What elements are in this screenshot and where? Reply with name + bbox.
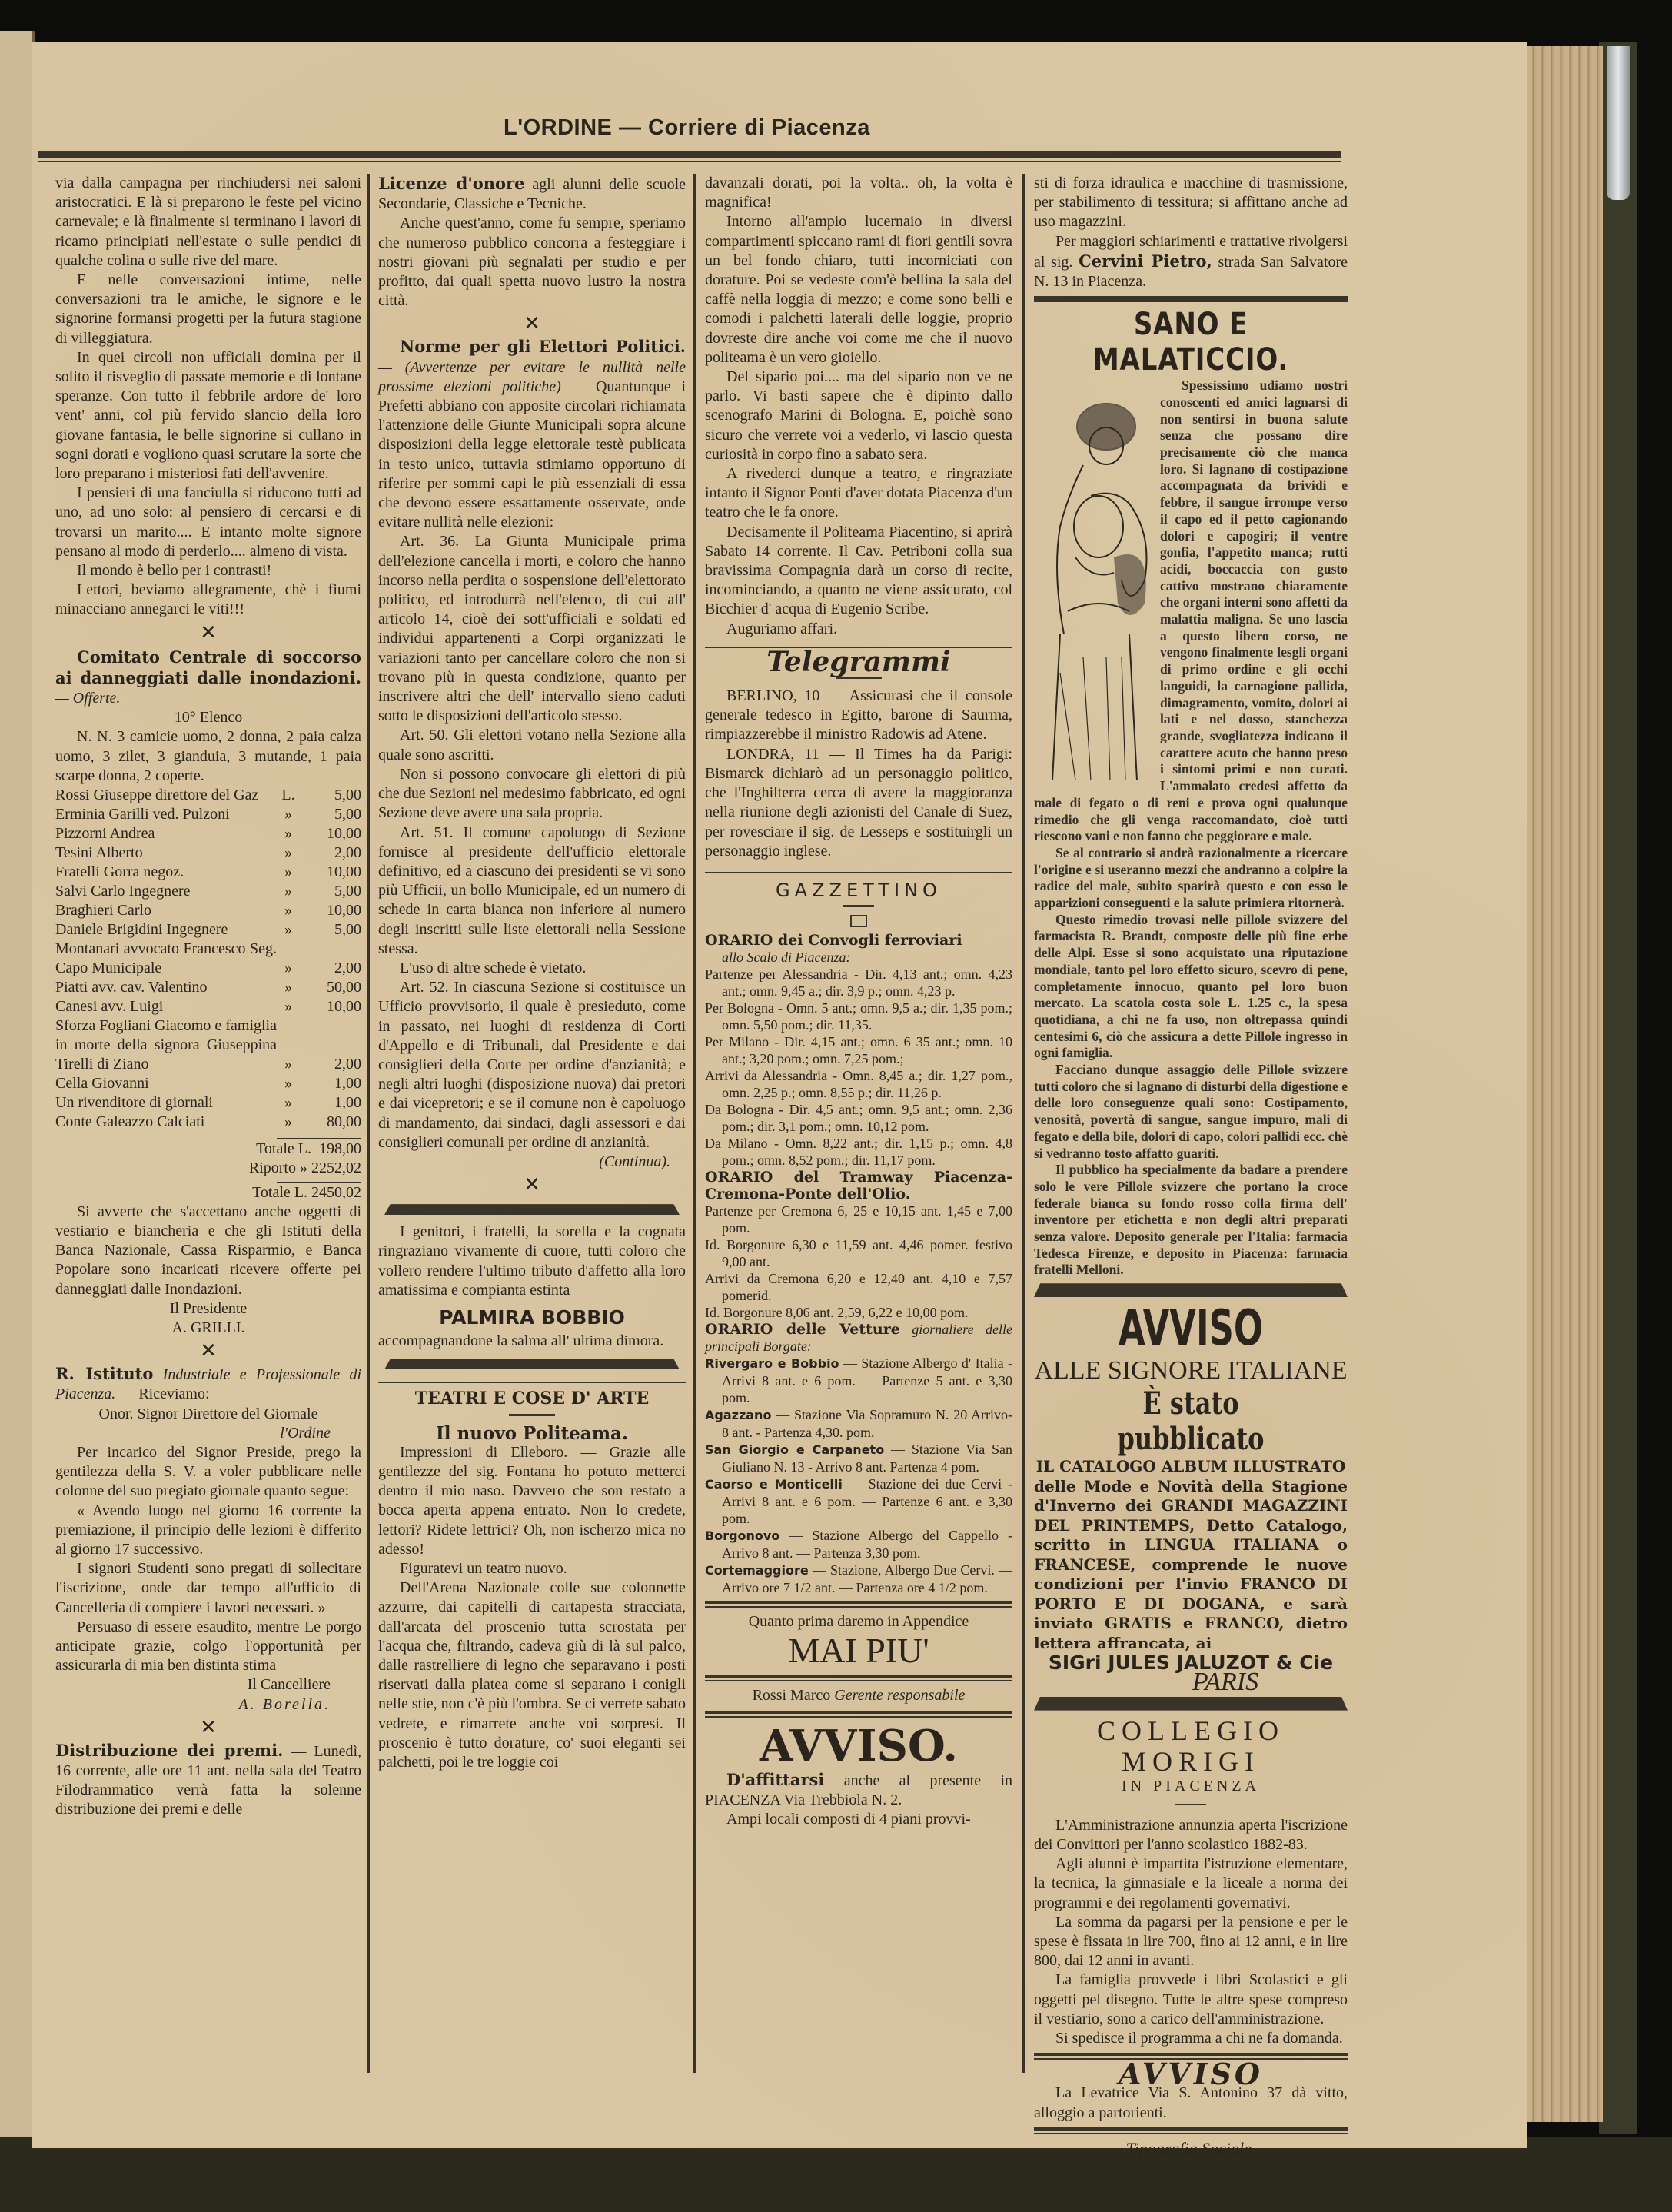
article: Art. 52. In ciascuna Sezione si costitui… bbox=[378, 978, 686, 1153]
currency-mark: » bbox=[277, 1093, 300, 1113]
offer-row: Erminia Garilli ved. Pulzoni»5,00 bbox=[55, 805, 361, 824]
offer-amount: 5,00 bbox=[300, 805, 361, 824]
intro-paragraph: Lettori, beviamo allegramente, chè i fiu… bbox=[55, 580, 361, 619]
currency-mark: L. bbox=[277, 786, 300, 805]
comitato-subtitle: — Offerte. bbox=[55, 690, 120, 707]
currency-mark: » bbox=[277, 1074, 300, 1093]
offer-amount: 1,00 bbox=[300, 1074, 361, 1093]
donor-name: Braghieri Carlo bbox=[55, 901, 277, 920]
ornamental-bar bbox=[384, 1204, 680, 1215]
nn-offer: N. N. 3 camicie uomo, 2 donna, 2 paia ca… bbox=[55, 727, 361, 786]
comitato-heading: Comitato Centrale di soccorso ai dannegg… bbox=[55, 647, 361, 709]
column-3: davanzali dorati, poi la volta.. oh, la … bbox=[705, 174, 1012, 1829]
separator-cross-icon: ✕ bbox=[55, 1339, 361, 1362]
letter-salutation: Onor. Signor Direttore del Giornale bbox=[55, 1405, 361, 1424]
politeama-continued: Auguriamo affari. bbox=[705, 620, 1012, 639]
elenco-label: 10° Elenco bbox=[55, 708, 361, 727]
article: Art. 36. La Giunta Municipale prima dell… bbox=[378, 532, 686, 726]
offer-row: Canesi avv. Luigi»10,00 bbox=[55, 997, 361, 1016]
coach-entry: Rivergaro e Bobbio — Stazione Albergo d'… bbox=[705, 1355, 1012, 1406]
offer-amount: 5,00 bbox=[300, 882, 361, 901]
column-rule-3 bbox=[1022, 174, 1025, 2073]
currency-mark: » bbox=[277, 824, 300, 843]
politeama-paragraph: Dell'Arena Nazionale colle sue colonnett… bbox=[378, 1578, 686, 1772]
licenze-paragraph: Anche quest'anno, come fu sempre, speria… bbox=[378, 214, 686, 311]
comitato-notice: Si avverte che s'accettano anche oggetti… bbox=[55, 1202, 361, 1299]
collegio-paragraph: La famiglia provvede i libri Scolastici … bbox=[1034, 1971, 1348, 2029]
donor-name: Tesini Alberto bbox=[55, 843, 277, 863]
currency-mark: » bbox=[277, 997, 300, 1016]
gerente-line: Rossi Marco Gerente responsabile bbox=[705, 1686, 1012, 1705]
continua-label: (Continua). bbox=[378, 1153, 686, 1172]
coach-entry: Agazzano — Stazione Via Sopramuro N. 20 … bbox=[705, 1406, 1012, 1441]
offer-row: Cella Giovanni»1,00 bbox=[55, 1074, 361, 1093]
offer-amount: 10,00 bbox=[300, 901, 361, 920]
coach-entry: Caorso e Monticelli — Stazione dei due C… bbox=[705, 1475, 1012, 1527]
timetable-entry: Da Milano - Omn. 8,22 ant.; dir. 1,15 p.… bbox=[705, 1135, 1012, 1169]
separator-cross-icon: ✕ bbox=[55, 1716, 361, 1739]
offer-amount: 5,00 bbox=[300, 920, 361, 940]
offer-amount: 10,00 bbox=[300, 997, 361, 1016]
contact-paragraph: Per maggiori schiarimenti e trattative r… bbox=[1034, 232, 1348, 292]
donor-name: Conte Galeazzo Calciati bbox=[55, 1113, 277, 1132]
politeama-continued: A rivederci dunque a teatro, e ringrazia… bbox=[705, 464, 1012, 523]
donor-name: Sforza Fogliani Giacomo e famiglia in mo… bbox=[55, 1016, 277, 1074]
separator-cross-icon: ✕ bbox=[378, 312, 686, 335]
necrology-text: I genitori, i fratelli, la sorella e la … bbox=[378, 1222, 686, 1300]
offer-amount: 2,00 bbox=[300, 1016, 361, 1074]
telegram: LONDRA, 11 — Il Times ha da Parigi: Bism… bbox=[705, 745, 1012, 861]
separator-cross-icon: ✕ bbox=[378, 1173, 686, 1196]
teatri-section-header: TEATRI E COSE D' ARTE bbox=[378, 1389, 686, 1409]
norme-heading: Norme per gli Elettori Politici. — (Avve… bbox=[378, 337, 686, 532]
deceased-name: PALMIRA BOBBIO bbox=[378, 1308, 686, 1327]
column-4: sti di forza idraulica e macchine di tra… bbox=[1034, 174, 1348, 2158]
collegio-paragraph: La somma da pagarsi per la pensione e pe… bbox=[1034, 1913, 1348, 1971]
orario-vetture-title: ORARIO delle Vetture giornaliere delle p… bbox=[705, 1321, 1012, 1355]
letter-paragraph: I signori Studenti sono pregati di solle… bbox=[55, 1559, 361, 1618]
grand-total-row: Totale L. 2450,02 bbox=[55, 1183, 361, 1202]
offer-amount: 2,00 bbox=[300, 843, 361, 863]
timetable-entry: Id. Borgonure 8,06 ant. 2,59, 6,22 e 10,… bbox=[705, 1304, 1012, 1321]
printemps-subtitle: ALLE SIGNORE ITALIANE bbox=[1034, 1355, 1348, 1386]
totale-row: Totale L. 198,00 bbox=[55, 1139, 361, 1159]
riporto-amount: 2252,02 bbox=[311, 1159, 361, 1176]
offer-row: Sforza Fogliani Giacomo e famiglia in mo… bbox=[55, 1016, 361, 1074]
timetable-entry: Per Milano - Dir. 4,15 ant.; omn. 6 35 a… bbox=[705, 1033, 1012, 1067]
offers-table: Rossi Giuseppe direttore del GazL.5,00Er… bbox=[55, 786, 361, 1132]
intro-paragraph: E nelle conversazioni intime, nelle conv… bbox=[55, 271, 361, 348]
currency-mark: » bbox=[277, 978, 300, 997]
letter-paragraph: Per incarico del Signor Preside, prego l… bbox=[55, 1443, 361, 1502]
binding-cloth-right bbox=[1599, 42, 1637, 2134]
politeama-paragraph: Figuratevi un teatro nuovo. bbox=[378, 1559, 686, 1578]
donor-name: Pizzorni Andrea bbox=[55, 824, 277, 843]
currency-mark: » bbox=[277, 920, 300, 940]
levatrice-text: La Levatrice Via S. Antonino 37 dà vitto… bbox=[1034, 2084, 1348, 2122]
affitto-paragraph: D'affittarsi anche al presente in PIACEN… bbox=[705, 1770, 1012, 1810]
page-fore-edge bbox=[1527, 46, 1603, 2122]
offer-row: Conte Galeazzo Calciati»80,00 bbox=[55, 1113, 361, 1132]
column-2: Licenze d'onore agli alunni delle scuole… bbox=[378, 174, 686, 1772]
affitto-paragraph: Ampi locali composti di 4 piani provvi- bbox=[705, 1810, 1012, 1829]
pills-advertisement: Spessissimo udiamo nostri conoscenti ed … bbox=[1034, 378, 1348, 1279]
sano-malaticcio-title: SANO E MALATICCIO. bbox=[1058, 307, 1325, 378]
donor-name: Daniele Brigidini Ingegnere bbox=[55, 920, 277, 940]
currency-mark: » bbox=[277, 901, 300, 920]
distribuzione-paragraph: Distribuzione dei premi. — Lunedì, 16 co… bbox=[55, 1741, 361, 1820]
istituto-heading: R. Istituto Industriale e Professionale … bbox=[55, 1364, 361, 1404]
ornamental-bar bbox=[384, 1359, 680, 1369]
offer-amount: 2,00 bbox=[300, 940, 361, 978]
article: Non si possono convocare gli elettori di… bbox=[378, 765, 686, 823]
jaluzot-name: SIGri JULES JALUZOT & Cie bbox=[1034, 1653, 1348, 1672]
appendice-title: MAI PIU' bbox=[705, 1632, 1012, 1670]
timetable-entry: Per Bologna - Omn. 5 ant.; omn. 9,5 a.; … bbox=[705, 1000, 1012, 1033]
donor-name: Fratelli Gorra negoz. bbox=[55, 863, 277, 882]
previous-page-edge bbox=[0, 31, 35, 2137]
orario-tram-title: ORARIO del Tramway Piacenza-Cremona-Pont… bbox=[705, 1169, 1012, 1202]
offer-row: Tesini Alberto»2,00 bbox=[55, 843, 361, 863]
offer-amount: 1,00 bbox=[300, 1093, 361, 1113]
article: Art. 51. Il comune capoluogo di Sezione … bbox=[378, 823, 686, 959]
intro-paragraph: In quei circoli non ufficiali domina per… bbox=[55, 348, 361, 484]
collegio-subtitle: IN PIACENZA bbox=[1034, 1777, 1348, 1796]
intro-paragraph: Il mondo è bello per i contrasti! bbox=[55, 561, 361, 580]
donor-name: Erminia Garilli ved. Pulzoni bbox=[55, 805, 277, 824]
totale-amount: 198,00 bbox=[319, 1140, 361, 1157]
politeama-title: Il nuovo Politeama. bbox=[378, 1424, 686, 1443]
signature-name: A. GRILLI. bbox=[55, 1319, 361, 1338]
coach-entry: San Giorgio e Carpaneto — Stazione Via S… bbox=[705, 1441, 1012, 1475]
currency-mark: » bbox=[277, 940, 300, 978]
offer-row: Rossi Giuseppe direttore del GazL.5,00 bbox=[55, 786, 361, 805]
donor-name: Canesi avv. Luigi bbox=[55, 997, 277, 1016]
politeama-continued: Decisamente il Politeama Piacentino, si … bbox=[705, 523, 1012, 620]
offer-amount: 80,00 bbox=[300, 1113, 361, 1132]
gazzettino-header: GAZZETTINO bbox=[705, 881, 1012, 900]
currency-mark: » bbox=[277, 863, 300, 882]
currency-mark: » bbox=[277, 1016, 300, 1074]
offer-row: Un rivenditore di giornali»1,00 bbox=[55, 1093, 361, 1113]
coach-entry: Borgonovo — Stazione Albergo del Cappell… bbox=[705, 1527, 1012, 1562]
currency-mark: » bbox=[277, 805, 300, 824]
currency-mark: » bbox=[277, 882, 300, 901]
binding-cloth-bottom bbox=[0, 2137, 1672, 2212]
article: Art. 50. Gli elettori votano nella Sezio… bbox=[378, 726, 686, 764]
timetable-entry: Arrivi da Alessandria - Omn. 8,45 a.; di… bbox=[705, 1067, 1012, 1101]
donor-name: Piatti avv. cav. Valentino bbox=[55, 978, 277, 997]
offer-row: Piatti avv. cav. Valentino»50,00 bbox=[55, 978, 361, 997]
offer-amount: 50,00 bbox=[300, 978, 361, 997]
offer-row: Braghieri Carlo»10,00 bbox=[55, 901, 361, 920]
printemps-catalog: IL CATALOGO ALBUM ILLUSTRATO delle Mode … bbox=[1034, 1457, 1348, 1653]
paris-label: PARIS bbox=[1034, 1672, 1348, 1691]
masthead: L'ORDINE — Corriere di Piacenza bbox=[504, 115, 870, 141]
appendice-lead: Quanto prima daremo in Appendice bbox=[705, 1612, 1012, 1632]
donor-name: Cella Giovanni bbox=[55, 1074, 277, 1093]
column-1: via dalla campagna per rinchiudersi nei … bbox=[55, 174, 361, 1820]
column-rule-1 bbox=[367, 174, 370, 2073]
offer-row: Salvi Carlo Ingegnere»5,00 bbox=[55, 882, 361, 901]
intro-paragraph: via dalla campagna per rinchiudersi nei … bbox=[55, 174, 361, 271]
cancelliere-name: A. Borella. bbox=[55, 1695, 361, 1715]
printer-credit: Tipografia Sociale, bbox=[1034, 2139, 1348, 2158]
telegram: BERLINO, 10 — Assicurasi che il console … bbox=[705, 687, 1012, 745]
printemps-avviso-title: AVVISO bbox=[1081, 1302, 1301, 1355]
collegio-title: COLLEGIO MORIGI bbox=[1034, 1715, 1348, 1777]
article: L'uso di altre schede è vietato. bbox=[378, 959, 686, 978]
letter-addressee: l'Ordine bbox=[55, 1424, 361, 1443]
politeama-continued: Del sipario poi.... ma del sipario non v… bbox=[705, 368, 1012, 464]
offer-amount: 10,00 bbox=[300, 824, 361, 843]
politeama-paragraph: Impressioni di Elleboro. — Grazie alle g… bbox=[378, 1443, 686, 1559]
licenze-heading: Licenze d'onore agli alunni delle scuole… bbox=[378, 174, 686, 214]
letter-paragraph: Persuaso di essere esaudito, mentre Le p… bbox=[55, 1618, 361, 1676]
collegio-paragraph: Agli alunni è impartita l'istruzione ele… bbox=[1034, 1854, 1348, 1913]
pills-paragraph: Se al contrario si andrà razionalmente a… bbox=[1034, 845, 1348, 912]
timetable-entry: Partenze per Cremona 6, 25 e 10,15 ant. … bbox=[705, 1202, 1012, 1236]
comitato-title: Comitato Centrale di soccorso ai dannegg… bbox=[55, 647, 361, 687]
timetable-entry: Partenze per Alessandria - Dir. 4,13 ant… bbox=[705, 966, 1012, 1000]
masthead-rule bbox=[38, 151, 1341, 158]
donor-name: Rossi Giuseppe direttore del Gaz bbox=[55, 786, 277, 805]
offer-row: Montanari avvocato Francesco Seg. Capo M… bbox=[55, 940, 361, 978]
donor-name: Un rivenditore di giornali bbox=[55, 1093, 277, 1113]
offer-amount: 10,00 bbox=[300, 863, 361, 882]
pills-paragraph: Questo rimedio trovasi nelle pillole svi… bbox=[1034, 912, 1348, 1062]
offer-row: Pizzorni Andrea»10,00 bbox=[55, 824, 361, 843]
donor-name: Salvi Carlo Ingegnere bbox=[55, 882, 277, 901]
printemps-stato: È stato pubblicato bbox=[1065, 1386, 1316, 1457]
collegio-paragraph: Si spedisce il programma a chi ne fa dom… bbox=[1034, 2029, 1348, 2048]
necrology-end: accompagnandone la salma all' ultima dim… bbox=[378, 1332, 686, 1351]
collegio-paragraph: L'Amministrazione annunzia aperta l'iscr… bbox=[1034, 1816, 1348, 1854]
timetable-entry: Arrivi da Cremona 6,20 e 12,40 ant. 4,10… bbox=[705, 1270, 1012, 1304]
coach-entry: Cortemaggiore — Stazione, Albergo Due Ce… bbox=[705, 1562, 1012, 1596]
cancelliere-role: Il Cancelliere bbox=[55, 1675, 361, 1695]
politeama-continued: davanzali dorati, poi la volta.. oh, la … bbox=[705, 174, 1012, 212]
currency-mark: » bbox=[277, 843, 300, 863]
intro-paragraph: I pensieri di una fanciulla si riducono … bbox=[55, 484, 361, 561]
politeama-continued: Intorno all'ampio lucernaio in diversi c… bbox=[705, 212, 1012, 368]
signature-role: Il Presidente bbox=[55, 1299, 361, 1319]
pills-paragraph: Facciano dunque assaggio delle Pillole s… bbox=[1034, 1062, 1348, 1162]
offer-row: Fratelli Gorra negoz.»10,00 bbox=[55, 863, 361, 882]
pills-paragraph: Il pubblico ha specialmente da badare a … bbox=[1034, 1162, 1348, 1279]
levatrice-avviso-title: AVVISO bbox=[1034, 2064, 1348, 2084]
riporto-row: Riporto » 2252,02 bbox=[55, 1159, 361, 1178]
telegrammi-header: Telegrammi bbox=[705, 653, 1012, 672]
currency-mark: » bbox=[277, 1113, 300, 1132]
timetable-entry: Da Bologna - Dir. 4,5 ant.; omn. 9,5 ant… bbox=[705, 1101, 1012, 1135]
orario-treni: ORARIO dei Convogli ferroviari allo Scal… bbox=[705, 932, 1012, 1596]
grand-total-amount: 2450,02 bbox=[311, 1184, 361, 1201]
offer-amount: 5,00 bbox=[300, 786, 361, 805]
masthead-rule-thin bbox=[38, 161, 1341, 162]
donor-name: Montanari avvocato Francesco Seg. Capo M… bbox=[55, 940, 277, 978]
ornament-square-icon bbox=[850, 915, 867, 927]
separator-cross-icon: ✕ bbox=[55, 621, 361, 644]
metal-corner-clip bbox=[1607, 46, 1630, 200]
timetable-entry: Id. Borgonure 6,30 e 11,59 ant. 4,46 pom… bbox=[705, 1236, 1012, 1270]
avviso-title: AVVISO. bbox=[705, 1722, 1012, 1770]
column-rule-2 bbox=[693, 174, 696, 2073]
letter-paragraph: « Avendo luogo nel giorno 16 corrente la… bbox=[55, 1502, 361, 1560]
offer-row: Daniele Brigidini Ingegnere»5,00 bbox=[55, 920, 361, 940]
affitto-continued: sti di forza idraulica e macchine di tra… bbox=[1034, 174, 1348, 232]
mother-child-illustration bbox=[1037, 381, 1152, 788]
